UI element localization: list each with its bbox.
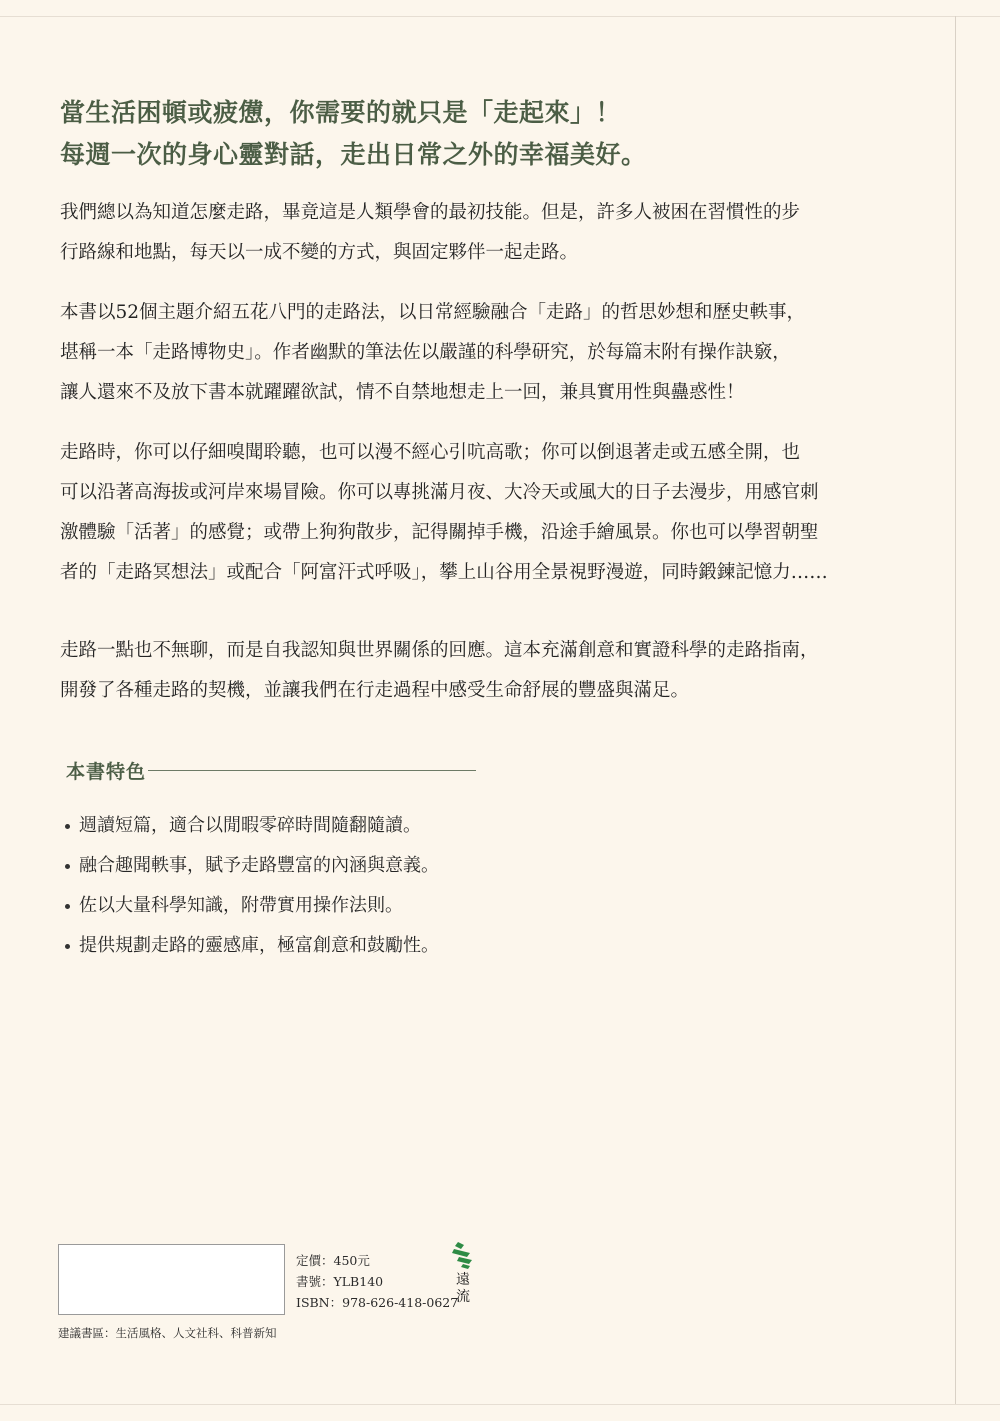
barcode-placeholder: [58, 1244, 285, 1315]
top-border-line: [0, 16, 1000, 17]
feature-item: 佐以大量科學知識，附帶實用操作法則。: [60, 886, 439, 926]
paragraph-4: 走路一點也不無聊，而是自我認知與世界關係的回應。這本充滿創意和實證科學的走路指南…: [60, 631, 890, 711]
headline-line-1: 當生活困頓或疲憊，你需要的就只是「走起來」！: [60, 92, 760, 134]
paragraph-line: 者的「走路冥想法」或配合「阿富汗式呼吸」，攀上山谷用全景視野漫遊，同時鍛鍊記憶力…: [60, 553, 890, 593]
logo-char-2: 流: [456, 1289, 470, 1306]
publisher-logo-text: 遠 流: [456, 1272, 470, 1306]
paragraph-line: 我們總以為知道怎麼走路，畢竟這是人類學會的最初技能。但是，許多人被困在習慣性的步: [60, 193, 890, 233]
book-info: 定價：450元 書號：YLB140 ISBN：978-626-418-0627: [296, 1250, 458, 1313]
bullet-icon: [65, 904, 70, 909]
features-list: 週讀短篇，適合以閒暇零碎時間隨翻隨讀。 融合趣聞軼事，賦予走路豐富的內涵與意義。…: [60, 806, 439, 966]
suggested-category: 建議書區：生活風格、人文社科、科普新知: [58, 1325, 277, 1341]
book-code: 書號：YLB140: [296, 1271, 458, 1292]
paragraph-line: 開發了各種走路的契機，並讓我們在行走過程中感受生命舒展的豐盛與滿足。: [60, 671, 890, 711]
feature-text: 佐以大量科學知識，附帶實用操作法則。: [79, 886, 403, 926]
paragraph-line: 可以沿著高海拔或河岸來場冒險。你可以專挑滿月夜、大冷天或風大的日子去漫步，用感官…: [60, 473, 890, 513]
paragraph-2: 本書以52個主題介紹五花八門的走路法，以日常經驗融合「走路」的哲思妙想和歷史軼事…: [60, 293, 890, 413]
features-heading: 本書特色: [66, 757, 476, 784]
bullet-icon: [65, 944, 70, 949]
logo-char-1: 遠: [456, 1272, 470, 1289]
price: 定價：450元: [296, 1250, 458, 1271]
paragraph-3: 走路時，你可以仔細嗅聞聆聽，也可以漫不經心引吭高歌；你可以倒退著走或五感全開，也…: [60, 433, 890, 593]
feature-text: 提供規劃走路的靈感庫，極富創意和鼓勵性。: [79, 926, 439, 966]
paragraph-line: 行路線和地點，每天以一成不變的方式，與固定夥伴一起走路。: [60, 233, 890, 273]
feature-item: 週讀短篇，適合以閒暇零碎時間隨翻隨讀。: [60, 806, 439, 846]
spine-fold-line: [955, 16, 956, 1404]
paragraph-line: 走路一點也不無聊，而是自我認知與世界關係的回應。這本充滿創意和實證科學的走路指南…: [60, 631, 890, 671]
feature-text: 週讀短篇，適合以閒暇零碎時間隨翻隨讀。: [79, 806, 421, 846]
paragraph-1: 我們總以為知道怎麼走路，畢竟這是人類學會的最初技能。但是，許多人被困在習慣性的步…: [60, 193, 890, 273]
bullet-icon: [65, 824, 70, 829]
feature-item: 融合趣聞軼事，賦予走路豐富的內涵與意義。: [60, 846, 439, 886]
features-title: 本書特色: [66, 757, 146, 784]
paragraph-line: 讓人還來不及放下書本就躍躍欲試，情不自禁地想走上一回，兼具實用性與蠱惑性！: [60, 373, 890, 413]
feature-text: 融合趣聞軼事，賦予走路豐富的內涵與意義。: [79, 846, 439, 886]
feature-item: 提供規劃走路的靈感庫，極富創意和鼓勵性。: [60, 926, 439, 966]
paragraph-line: 本書以52個主題介紹五花八門的走路法，以日常經驗融合「走路」的哲思妙想和歷史軼事…: [60, 293, 890, 333]
headline: 當生活困頓或疲憊，你需要的就只是「走起來」！ 每週一次的身心靈對話，走出日常之外…: [60, 92, 760, 176]
isbn: ISBN：978-626-418-0627: [296, 1292, 458, 1313]
headline-line-2: 每週一次的身心靈對話，走出日常之外的幸福美好。: [60, 134, 760, 176]
bullet-icon: [65, 864, 70, 869]
bottom-border-line: [0, 1404, 1000, 1405]
paragraph-line: 激體驗「活著」的感覺；或帶上狗狗散步，記得關掉手機，沿途手繪風景。你也可以學習朝…: [60, 513, 890, 553]
paragraph-line: 堪稱一本「走路博物史」。作者幽默的筆法佐以嚴謹的科學研究，於每篇末附有操作訣竅，: [60, 333, 890, 373]
yuan-liou-logo-icon: [450, 1240, 476, 1270]
features-heading-rule: [148, 770, 476, 771]
paragraph-line: 走路時，你可以仔細嗅聞聆聽，也可以漫不經心引吭高歌；你可以倒退著走或五感全開，也: [60, 433, 890, 473]
publisher-logo: 遠 流: [448, 1240, 478, 1306]
